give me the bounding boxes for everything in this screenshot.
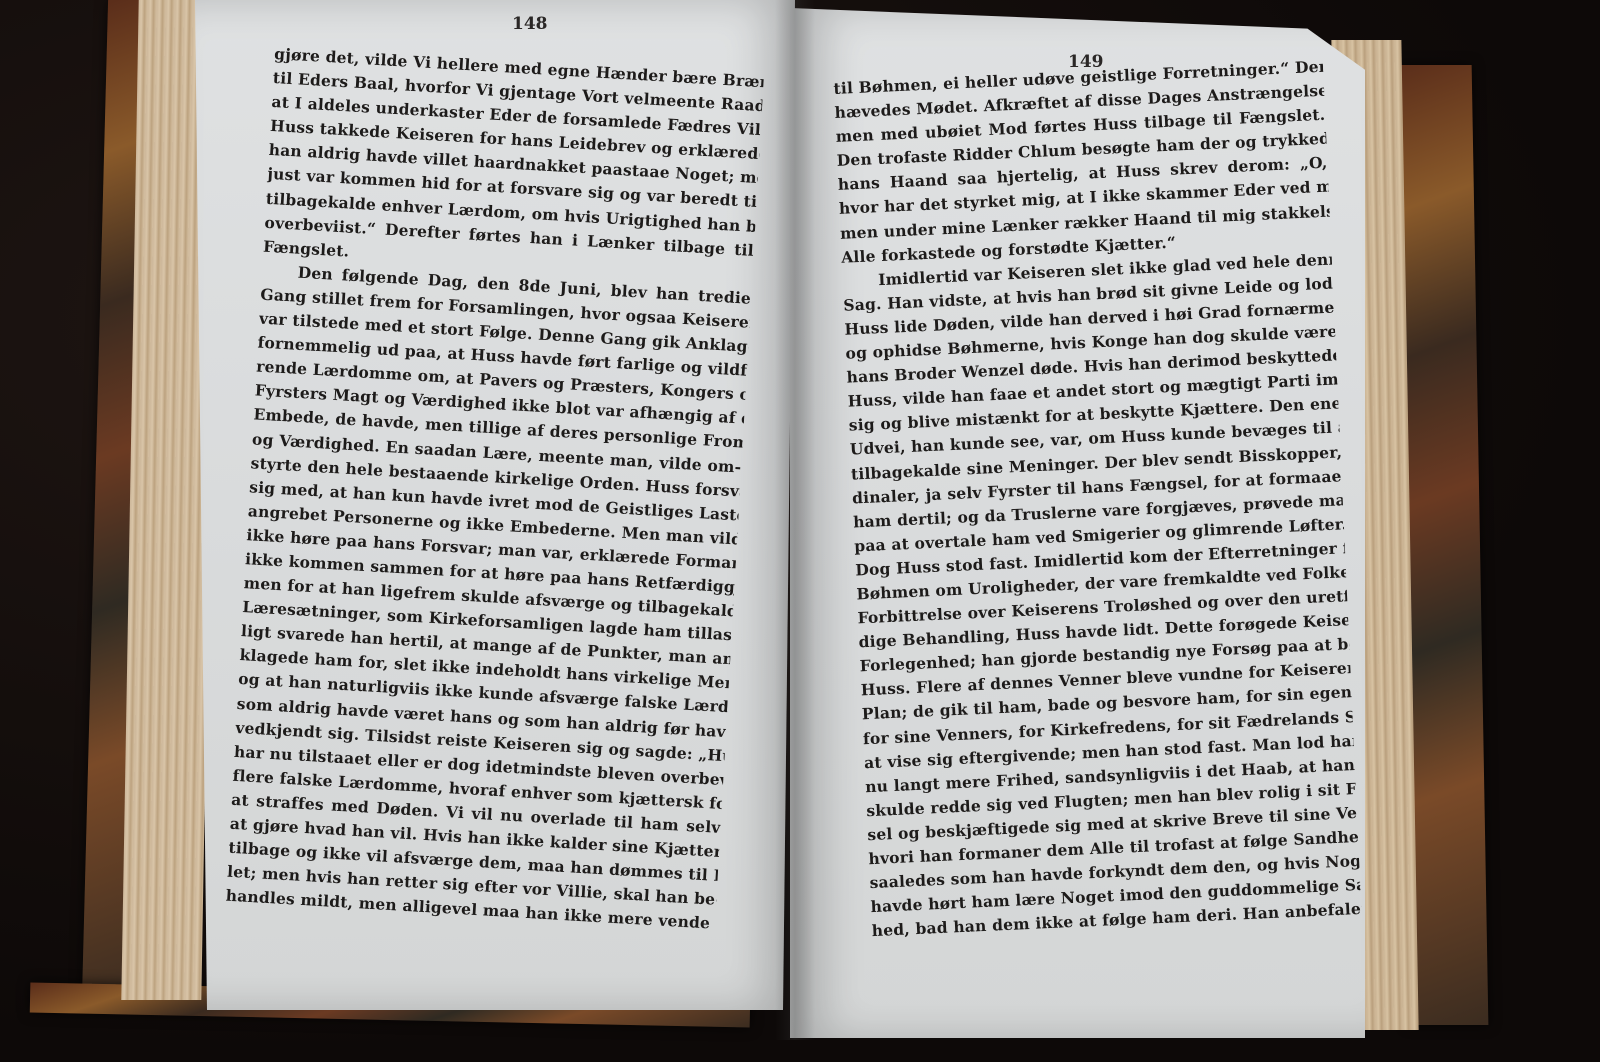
book-gutter	[775, 0, 815, 1040]
left-page-number: 148	[512, 14, 548, 34]
right-page-body: til Bøhmen, ei heller udøve geistlige Fo…	[833, 55, 1362, 944]
left-page-body: gjøre det, vilde Vi hellere med egne Hæn…	[225, 42, 764, 936]
